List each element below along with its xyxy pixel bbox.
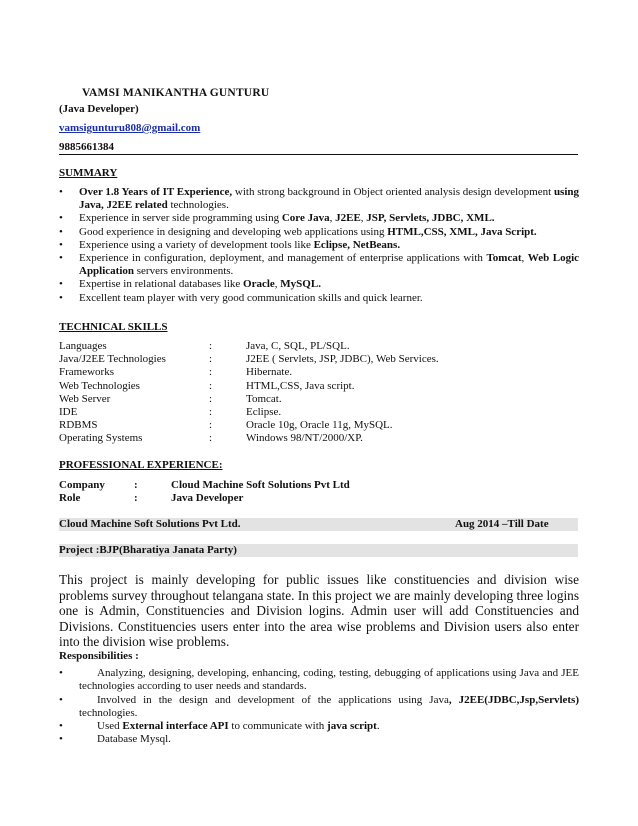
skill-separator: : bbox=[209, 432, 246, 445]
skill-separator: : bbox=[209, 340, 246, 353]
skill-value: Eclipse. bbox=[246, 406, 439, 419]
summary-item: Experience in configuration, deployment,… bbox=[59, 252, 579, 278]
skill-label: IDE bbox=[59, 406, 209, 419]
bold-text: Eclipse, NetBeans. bbox=[314, 239, 400, 251]
skill-row: Frameworks:Hibernate. bbox=[59, 366, 439, 379]
job-title: (Java Developer) bbox=[59, 103, 139, 115]
skill-value: Hibernate. bbox=[246, 366, 439, 379]
text: servers environments. bbox=[134, 265, 233, 277]
email-link[interactable]: vamsigunturu808@gmail.com bbox=[59, 122, 200, 134]
bold-text: External interface API bbox=[122, 720, 228, 732]
phone-number: 9885661384 bbox=[59, 141, 578, 155]
bold-text: Oracle bbox=[243, 278, 275, 290]
bold-text: Core Java bbox=[282, 212, 330, 224]
skill-separator: : bbox=[209, 406, 246, 419]
text: Experience in configuration, deployment,… bbox=[79, 252, 486, 264]
skill-label: Web Server bbox=[59, 393, 209, 406]
date-range: Aug 2014 –Till Date bbox=[455, 518, 549, 531]
bold-text: Over 1.8 Years of IT Experience, bbox=[79, 186, 232, 198]
project-title: Project :BJP(Bharatiya Janata Party) bbox=[59, 544, 237, 556]
role-row: Role:Java Developer bbox=[59, 492, 243, 504]
skill-row: Web Technologies:HTML,CSS, Java script. bbox=[59, 380, 439, 393]
text: Experience in server side programming us… bbox=[79, 212, 282, 224]
summary-item: Over 1.8 Years of IT Experience, with st… bbox=[59, 186, 579, 212]
skill-label: Java/J2EE Technologies bbox=[59, 353, 209, 366]
project-description: This project is mainly developing for pu… bbox=[59, 572, 579, 650]
bold-text: MySQL. bbox=[280, 278, 321, 290]
responsibility-item: Database Mysql. bbox=[59, 733, 579, 746]
skill-row: Java/J2EE Technologies:J2EE ( Servlets, … bbox=[59, 353, 439, 366]
skill-row: Languages:Java, C, SQL, PL/SQL. bbox=[59, 340, 439, 353]
skill-label: Frameworks bbox=[59, 366, 209, 379]
skill-label: Operating Systems bbox=[59, 432, 209, 445]
company-separator: : bbox=[134, 479, 171, 491]
bold-text: java script bbox=[327, 720, 377, 732]
skill-value: Tomcat. bbox=[246, 393, 439, 406]
summary-item: Experience using a variety of developmen… bbox=[59, 239, 579, 252]
text: . bbox=[377, 720, 380, 732]
responsibilities-heading: Responsibilities : bbox=[59, 650, 139, 662]
company-value: Cloud Machine Soft Solutions Pvt Ltd bbox=[171, 479, 350, 491]
text: to communicate with bbox=[229, 720, 327, 732]
skill-row: RDBMS:Oracle 10g, Oracle 11g, MySQL. bbox=[59, 419, 439, 432]
text: Expertise in relational databases like bbox=[79, 278, 243, 290]
skill-row: Operating Systems:Windows 98/NT/2000/XP. bbox=[59, 432, 439, 445]
skill-label: Web Technologies bbox=[59, 380, 209, 393]
candidate-name: VAMSI MANIKANTHA GUNTURU bbox=[82, 87, 269, 99]
company-label: Company bbox=[59, 479, 134, 491]
summary-heading: SUMMARY bbox=[59, 167, 117, 179]
skill-value: HTML,CSS, Java script. bbox=[246, 380, 439, 393]
summary-item: Good experience in designing and develop… bbox=[59, 226, 579, 239]
bold-text: HTML,CSS, XML, Java Script. bbox=[387, 226, 536, 238]
skill-value: Java, C, SQL, PL/SQL. bbox=[246, 340, 439, 353]
company-row: Company:Cloud Machine Soft Solutions Pvt… bbox=[59, 479, 350, 491]
text: technologies. bbox=[79, 707, 137, 719]
bold-text: JSP, Servlets, JDBC, XML. bbox=[366, 212, 494, 224]
skill-separator: : bbox=[209, 353, 246, 366]
text: Involved in the design and development o… bbox=[97, 694, 449, 706]
skill-separator: : bbox=[209, 393, 246, 406]
role-value: Java Developer bbox=[171, 492, 243, 504]
text: technologies. bbox=[168, 199, 229, 211]
bold-text: , J2EE(JDBC,Jsp,Servlets) bbox=[449, 694, 579, 706]
responsibilities-list: Analyzing, designing, developing, enhanc… bbox=[59, 667, 579, 747]
skill-row: IDE:Eclipse. bbox=[59, 406, 439, 419]
role-label: Role bbox=[59, 492, 134, 504]
skill-value: J2EE ( Servlets, JSP, JDBC), Web Service… bbox=[246, 353, 439, 366]
project-bar: Project :BJP(Bharatiya Janata Party) bbox=[59, 544, 578, 557]
summary-item: Experience in server side programming us… bbox=[59, 212, 579, 225]
employer-name: Cloud Machine Soft Solutions Pvt Ltd. bbox=[59, 518, 241, 530]
bold-text: J2EE bbox=[335, 212, 361, 224]
skill-separator: : bbox=[209, 366, 246, 379]
responsibility-item: Analyzing, designing, developing, enhanc… bbox=[59, 667, 579, 694]
text: Excellent team player with very good com… bbox=[79, 292, 423, 304]
responsibility-item: Used External interface API to communica… bbox=[59, 720, 579, 733]
responsibility-item: Involved in the design and development o… bbox=[59, 694, 579, 721]
skill-label: Languages bbox=[59, 340, 209, 353]
skill-row: Web Server:Tomcat. bbox=[59, 393, 439, 406]
text: Good experience in designing and develop… bbox=[79, 226, 387, 238]
skill-separator: : bbox=[209, 380, 246, 393]
bold-text: Tomcat bbox=[486, 252, 521, 264]
skill-value: Windows 98/NT/2000/XP. bbox=[246, 432, 439, 445]
text: Experience using a variety of developmen… bbox=[79, 239, 314, 251]
summary-item: Expertise in relational databases like O… bbox=[59, 278, 579, 291]
text: with strong background in Object oriente… bbox=[232, 186, 554, 198]
experience-heading: PROFESSIONAL EXPERIENCE: bbox=[59, 459, 223, 471]
skill-value: Oracle 10g, Oracle 11g, MySQL. bbox=[246, 419, 439, 432]
text: Database Mysql. bbox=[97, 733, 171, 745]
employer-bar: Cloud Machine Soft Solutions Pvt Ltd. Au… bbox=[59, 518, 578, 531]
text: Analyzing, designing, developing, enhanc… bbox=[79, 667, 579, 692]
skills-table: Languages:Java, C, SQL, PL/SQL.Java/J2EE… bbox=[59, 340, 439, 446]
skill-separator: : bbox=[209, 419, 246, 432]
summary-list: Over 1.8 Years of IT Experience, with st… bbox=[59, 186, 579, 305]
role-separator: : bbox=[134, 492, 171, 504]
summary-item: Excellent team player with very good com… bbox=[59, 292, 579, 305]
skill-label: RDBMS bbox=[59, 419, 209, 432]
text: Used bbox=[97, 720, 122, 732]
technical-skills-heading: TECHNICAL SKILLS bbox=[59, 321, 168, 333]
